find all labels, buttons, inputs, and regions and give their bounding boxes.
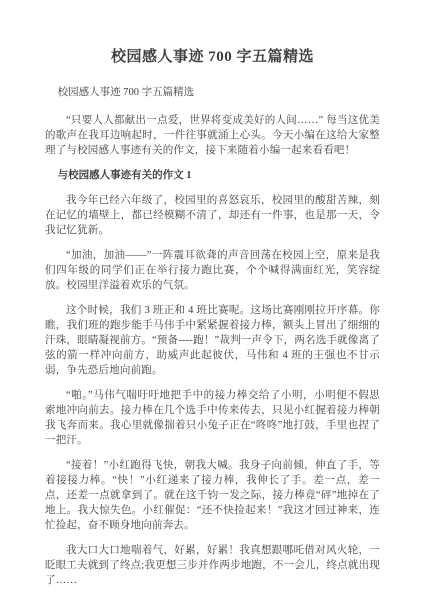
document-subtitle: 校园感人事迹 700 字五篇精选	[45, 85, 380, 100]
body-paragraph: “接着！”小红跑得飞快，朝我大喊。我身子向前倾，伸直了手，等着接接力棒。“快！”…	[45, 458, 380, 533]
body-paragraph: 我大口大口地喘着气，好累，好累！我真想跟哪吒借对风火轮，一眨眼工夫就到了终点;我…	[45, 543, 380, 588]
section-heading-essay-1: 与校园感人事迹有关的作文 1	[45, 168, 380, 183]
document-title: 校园感人事迹 700 字五篇精选	[45, 46, 380, 68]
body-paragraph: “加油，加油——”一阵震耳欲聋的声音回荡在校园上空，原来是我们四年级的同学们正在…	[45, 248, 380, 293]
body-paragraph: 这个时候，我们 3 班正和 4 班比赛呢。这场比赛刚刚拉开序幕。你瞧，我们班的跑…	[45, 303, 380, 378]
body-paragraph: 我今年已经六年级了，校园里的喜怒哀乐，校园里的酸甜苦辣，刻在记忆的墙壁上，都已经…	[45, 193, 380, 238]
body-paragraph: “啪。”马伟气喘吁吁地把手中的接力棒交给了小明，小明便不假思索地冲向前去。接力棒…	[45, 388, 380, 448]
intro-paragraph: “只要人人都献出一点爱，世界将变成美好的人间……” 每当这优美的歌声在我耳边响起…	[45, 113, 380, 158]
document-page: 校园感人事迹 700 字五篇精选 校园感人事迹 700 字五篇精选 “只要人人都…	[0, 0, 424, 600]
